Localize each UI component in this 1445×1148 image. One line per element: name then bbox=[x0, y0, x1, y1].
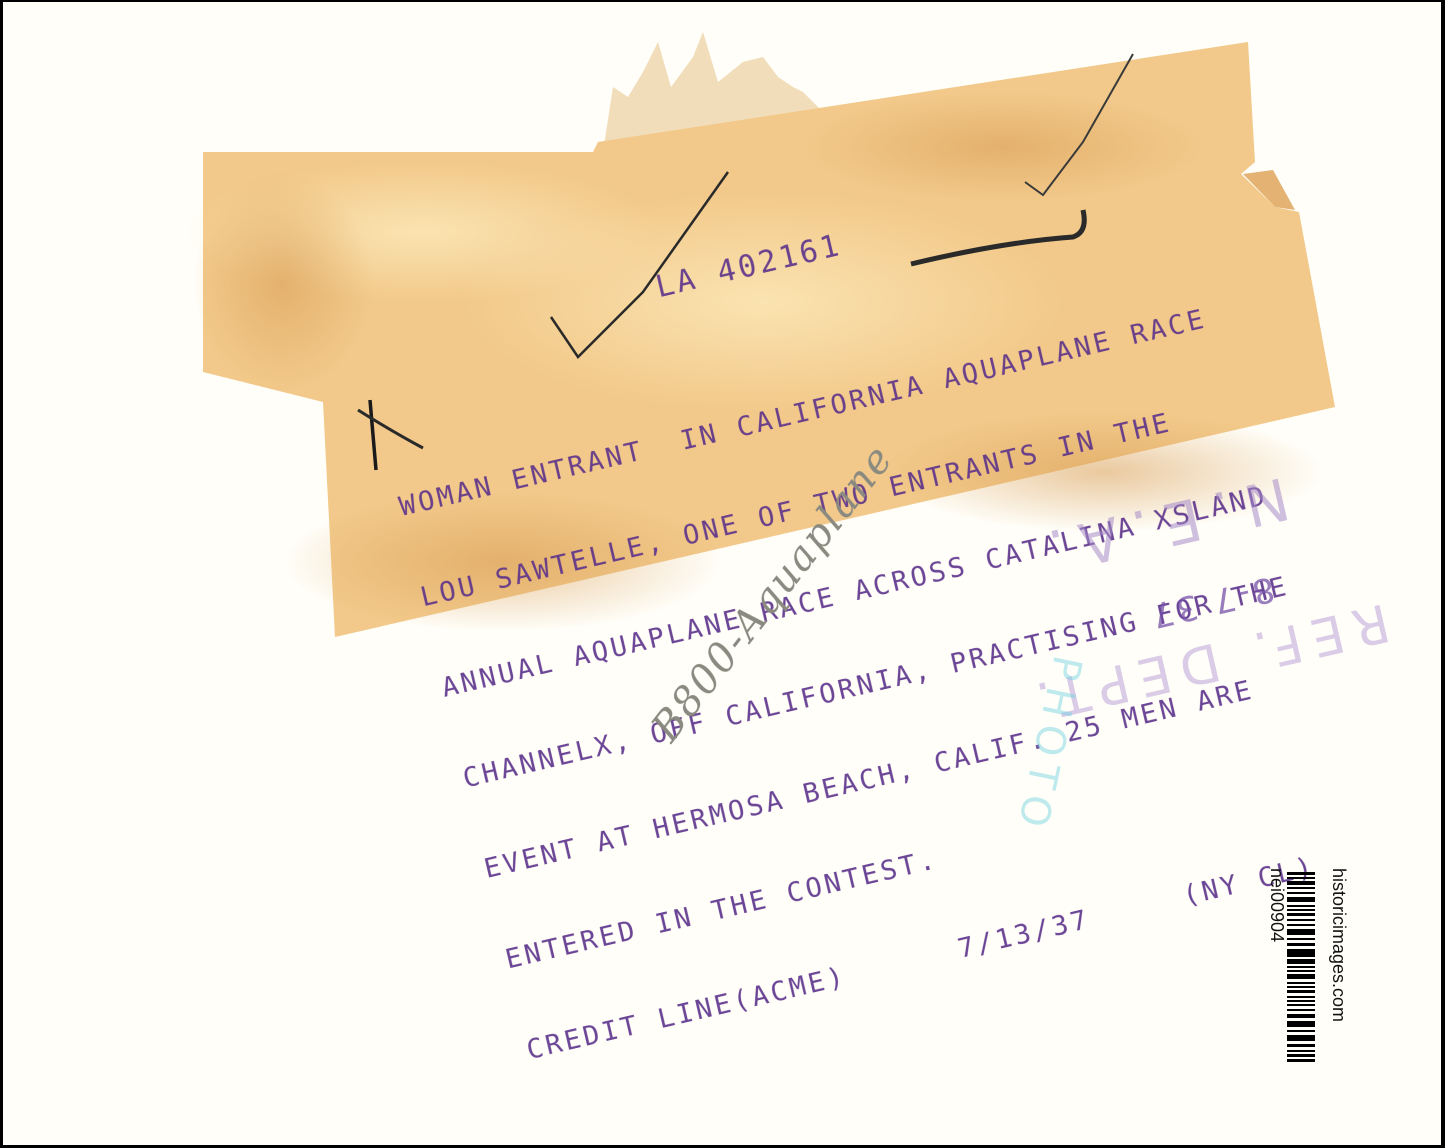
barcode-icon bbox=[1287, 872, 1315, 1062]
barcode-site-name: historicimages.com bbox=[1319, 868, 1349, 1078]
photo-back-page: LA 402161 WOMAN ENTRANT IN CALIFORNIA AQ… bbox=[3, 2, 1441, 1145]
barcode-id: nei00904 bbox=[1265, 868, 1287, 1028]
barcode-label: nei00904 historicim bbox=[1271, 868, 1346, 1088]
caption-line: ENTERED IN THE CONTEST. bbox=[502, 752, 1334, 976]
